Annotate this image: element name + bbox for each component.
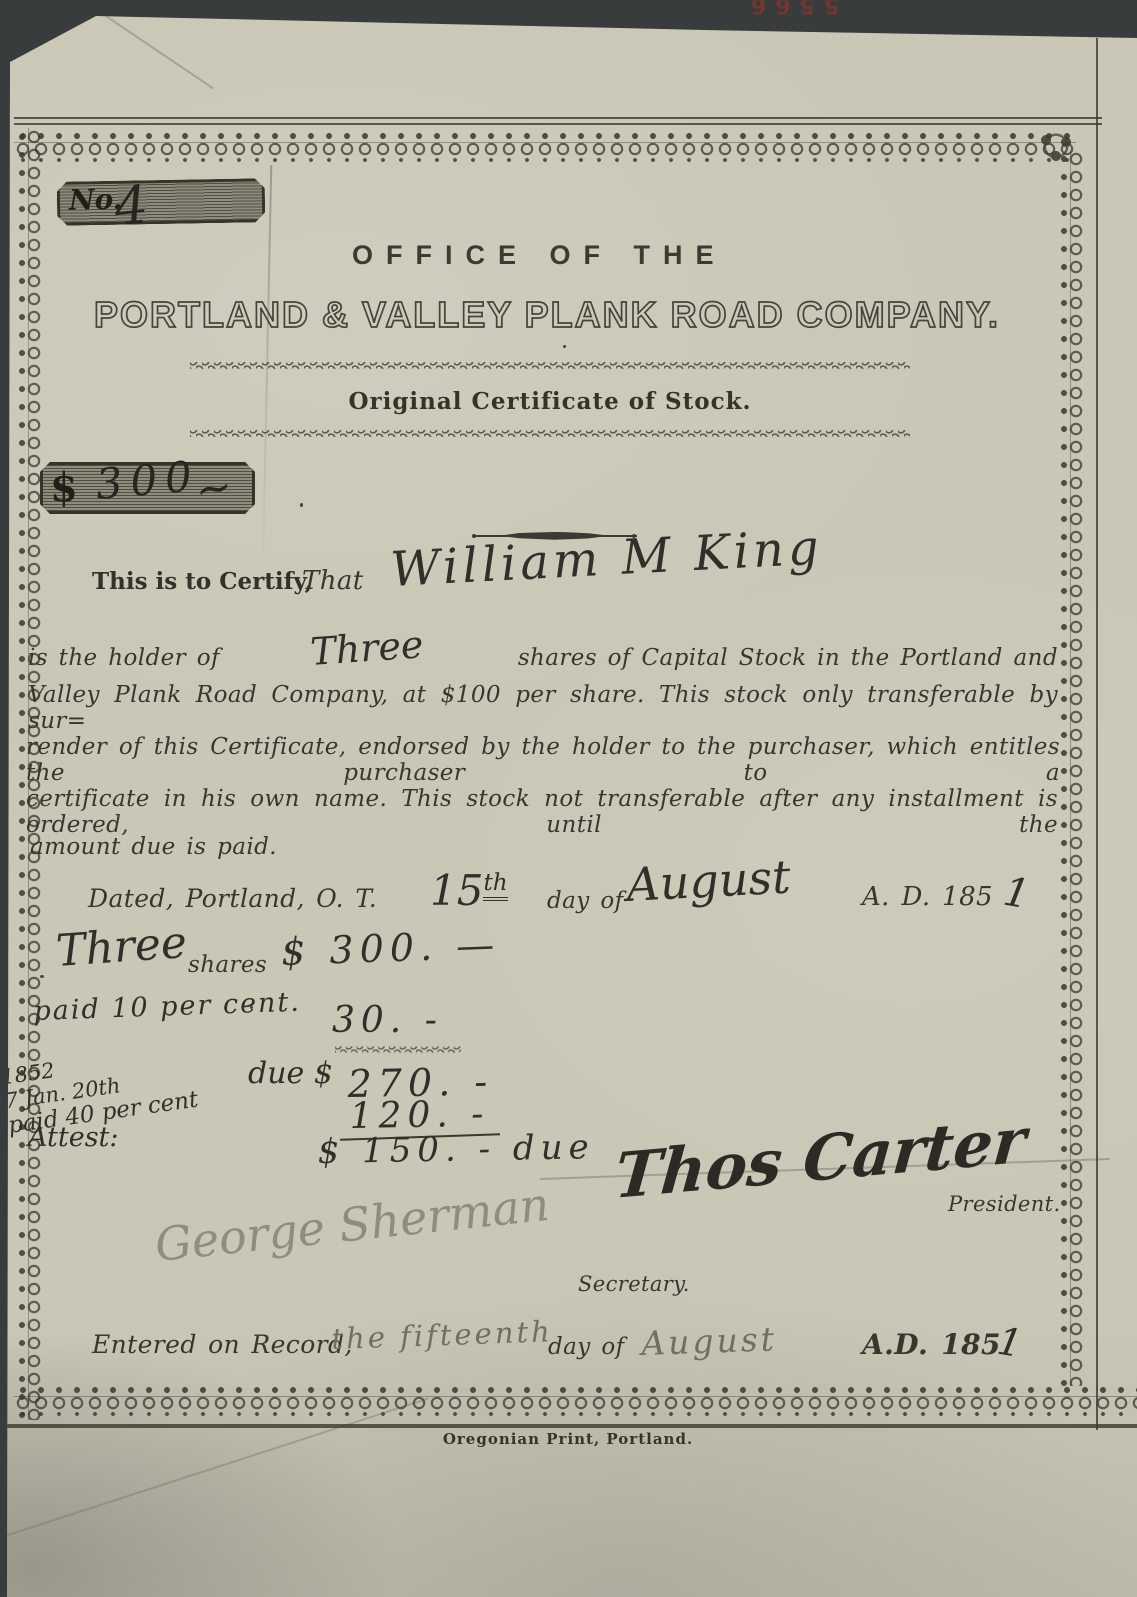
- dated-day-of: day of: [547, 888, 624, 914]
- wavy-separator: [190, 430, 910, 437]
- border-corner-rosette: [1036, 130, 1080, 168]
- dated-month: August: [625, 849, 792, 912]
- tally-paid-line: paid 10 per cent.: [33, 987, 301, 1027]
- certify-that-word: That: [302, 566, 364, 596]
- record-day-of: day of: [548, 1334, 625, 1360]
- body-line-2: Valley Plank Road Company, at $100 per s…: [28, 682, 1058, 734]
- body-line-1-post: shares of Capital Stock in the Portland …: [518, 645, 1058, 671]
- attest-label: Attest:: [28, 1122, 119, 1153]
- printer-credit: Oregonian Print, Portland.: [428, 1430, 708, 1448]
- scanned-certificate: 5566 No. 4 OFFICE OF THE PORTLAND & VALL…: [0, 0, 1137, 1597]
- dated-day-suffix: th: [483, 870, 507, 901]
- certificate-subtitle: Original Certificate of Stock.: [340, 388, 760, 415]
- border-top-rule-inner: [14, 123, 1102, 125]
- body-line-3: render of this Certificate, endorsed by …: [26, 734, 1060, 786]
- border-bottom-rule: [0, 1424, 1137, 1428]
- certify-label: This is to Certify,: [92, 568, 313, 595]
- border-ornament-bottom: [14, 1382, 1137, 1422]
- body-line-1: is the holder of Three shares of Capital…: [28, 630, 1058, 674]
- record-label: Entered on Record,: [92, 1330, 353, 1359]
- border-right-rule-outer: [1096, 38, 1098, 1430]
- secretary-signature: George Sherman: [152, 1177, 551, 1272]
- holder-name: William M King: [389, 519, 824, 598]
- dated-ad-label: A. D. 185: [862, 882, 993, 912]
- certificate-paper: No. 4 OFFICE OF THE PORTLAND & VALLEY PL…: [0, 0, 1137, 1597]
- dated-year-digit: 1: [1000, 869, 1033, 919]
- dated-day-number: 15: [430, 866, 483, 915]
- dated-label: Dated, Portland, O. T.: [88, 884, 377, 913]
- record-year-digit: 1: [994, 1319, 1025, 1367]
- shares-word-handwritten: Three: [309, 622, 425, 674]
- paper-crease: [262, 165, 273, 575]
- currency-symbol: $: [50, 464, 78, 511]
- wavy-separator: [190, 362, 910, 369]
- office-line: OFFICE OF THE: [352, 240, 727, 271]
- ink-speck: [563, 345, 566, 348]
- tally-shares-word: Three: [54, 917, 188, 977]
- top-edge-marking: 5566: [742, 0, 839, 17]
- tally-shares-amount: $ 300. —: [280, 922, 500, 974]
- tally-balance-amount: $ 150. - due: [317, 1127, 595, 1172]
- record-ad-label: A.D. 185: [862, 1328, 1001, 1361]
- dated-day: 15th: [430, 866, 508, 915]
- amount-value: 300: [94, 451, 202, 509]
- certificate-number-box: No.: [57, 178, 266, 226]
- tally-underline-wavy: [335, 1046, 461, 1052]
- president-title: President.: [948, 1192, 1061, 1216]
- border-ornament-top: [14, 128, 1076, 166]
- border-top-rule-outer: [14, 117, 1102, 119]
- body-line-4: certificate in his own name. This stock …: [26, 786, 1058, 838]
- body-line-5: amount due is paid.: [30, 834, 277, 860]
- body-line-1-pre: is the holder of: [28, 645, 220, 671]
- tally-paid-amount: 30. -: [332, 1000, 443, 1041]
- ink-speck: [300, 503, 303, 507]
- paper-crease: [72, 0, 214, 89]
- company-name: PORTLAND & VALLEY PLANK ROAD COMPANY.: [22, 294, 1072, 336]
- record-month: August: [641, 1319, 778, 1363]
- tally-shares-label: shares: [188, 952, 267, 978]
- tally-due-label: due $: [248, 1056, 333, 1091]
- secretary-title: Secretary.: [578, 1272, 690, 1296]
- record-the-day: the fifteenth: [331, 1314, 554, 1356]
- certificate-number-value: 4: [112, 175, 151, 238]
